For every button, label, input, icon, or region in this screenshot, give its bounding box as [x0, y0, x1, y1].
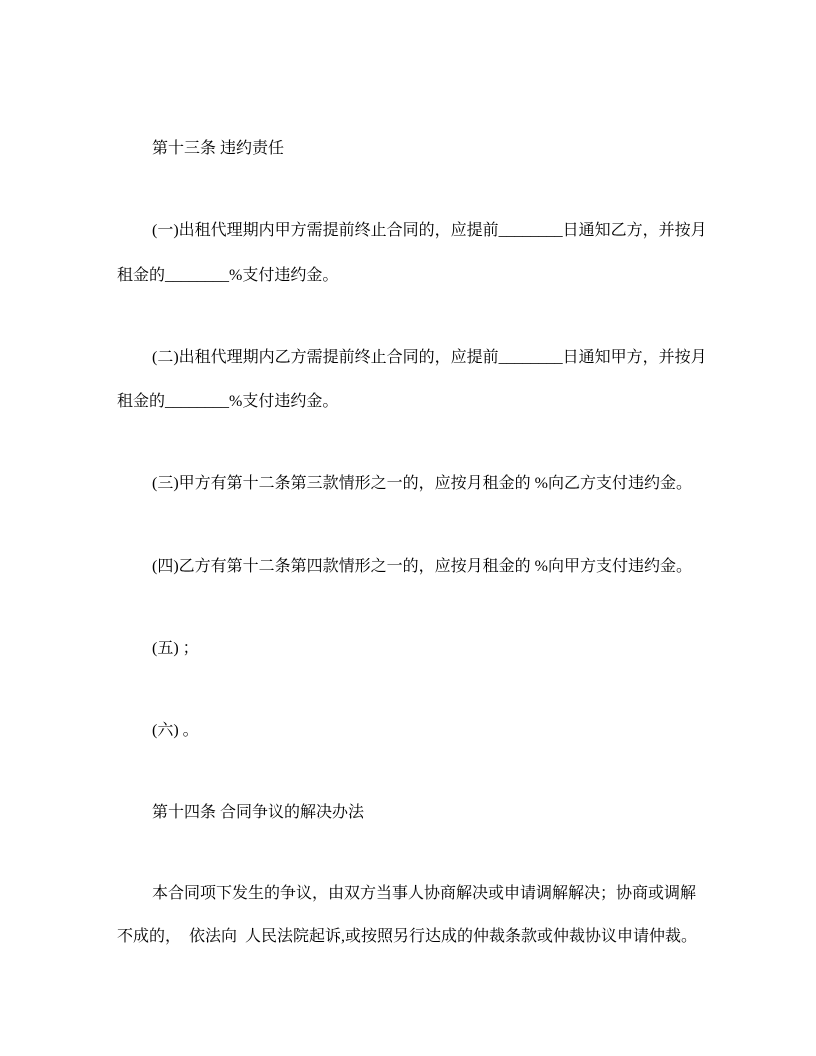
article-13-clause-1-line-2: 租金的________%支付违约金。 — [117, 265, 338, 287]
article-14-heading: 第十四条 合同争议的解决办法 — [152, 802, 364, 824]
article-13-clause-1-line-1: (一)出租代理期内甲方需提前终止合同的，应提前________日通知乙方，并按月 — [152, 220, 707, 242]
article-13-clause-2-line-2: 租金的________%支付违约金。 — [117, 391, 338, 413]
article-13-clause-6: (六) 。 — [152, 720, 199, 742]
article-13-clause-2-line-1: (二)出租代理期内乙方需提前终止合同的，应提前________日通知甲方，并按月 — [152, 347, 707, 369]
article-14-paragraph-line-2: 不成的， 依法向 人民法院起诉,或按照另行达成的仲裁条款或仲裁协议申请仲裁。 — [117, 926, 697, 948]
article-13-heading: 第十三条 违约责任 — [152, 138, 284, 160]
contract-document-page: 第十三条 违约责任 (一)出租代理期内甲方需提前终止合同的，应提前_______… — [0, 0, 816, 1056]
article-13-clause-5: (五) ； — [152, 638, 199, 660]
article-13-clause-3: (三)甲方有第十二条第三款情形之一的，应按月租金的 %向乙方支付违约金。 — [152, 473, 692, 495]
article-14-paragraph-line-1: 本合同项下发生的争议，由双方当事人协商解决或申请调解解决；协商或调解 — [152, 883, 696, 905]
article-13-clause-4: (四)乙方有第十二条第四款情形之一的，应按月租金的 %向甲方支付违约金。 — [152, 556, 692, 578]
